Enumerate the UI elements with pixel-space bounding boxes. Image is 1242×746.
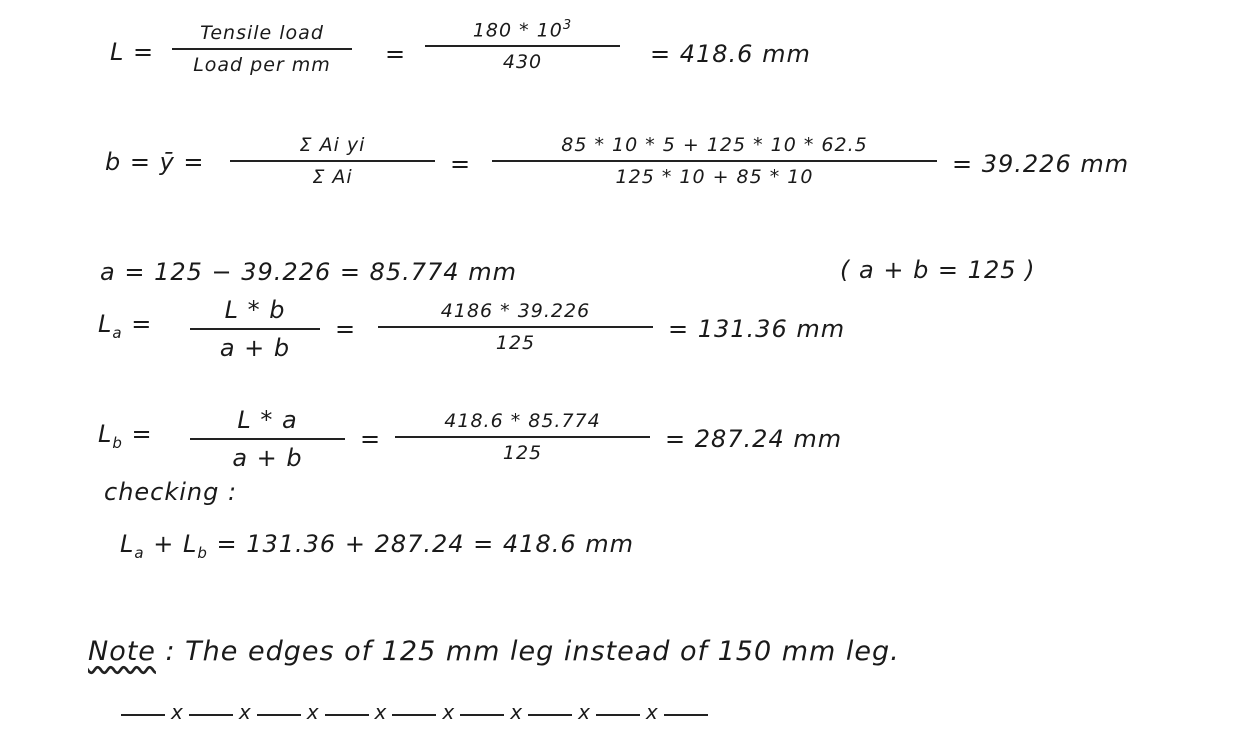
plus-sign: +: [145, 530, 183, 558]
eq5-result: = 287.24 mm: [665, 425, 842, 453]
eq1-numerator: Tensile load: [200, 22, 324, 44]
eq5-fraction: L * a a + b: [190, 406, 345, 472]
eq1-fraction: Tensile load Load per mm: [172, 22, 352, 76]
eq4-lhs: La =: [98, 310, 152, 338]
fraction-bar: [190, 438, 345, 440]
eq2-numerator-2: 85 * 10 * 5 + 125 * 10 * 62.5: [561, 134, 868, 156]
eq4-numerator: L * b: [225, 296, 286, 324]
divider-dash: [664, 714, 708, 716]
eq4-fraction: L * b a + b: [190, 296, 320, 362]
eq4-lhs-main: L: [98, 310, 112, 338]
checking-line: La + Lb = 131.36 + 287.24 = 418.6 mm: [120, 530, 634, 558]
eq5-lhs-equals: =: [132, 420, 153, 448]
eq2-denominator-2: 125 * 10 + 85 * 10: [616, 166, 814, 188]
eq5-lhs: Lb =: [98, 420, 153, 448]
fraction-bar: [378, 326, 653, 328]
la-main: L: [120, 530, 134, 558]
eq1-denominator: Load per mm: [193, 54, 331, 76]
eq4-result: = 131.36 mm: [668, 315, 845, 343]
eq5-lhs-main: L: [98, 420, 112, 448]
divider-dash: [528, 714, 572, 716]
eq5-denominator-2: 125: [503, 442, 542, 464]
eq2-numerator: Σ Ai yi: [300, 134, 366, 156]
eq4-denominator-2: 125: [496, 332, 535, 354]
divider-dash: [325, 714, 369, 716]
fraction-bar: [172, 48, 352, 50]
note-label: Note: [88, 636, 156, 667]
divider-x-mark: x: [307, 700, 319, 724]
eq1-equals: =: [385, 40, 406, 68]
eq4-equals: =: [335, 315, 356, 343]
divider-dash: [596, 714, 640, 716]
eq5-equals: =: [360, 425, 381, 453]
divider-dash: [189, 714, 233, 716]
eq5-fraction-2: 418.6 * 85.774 125: [395, 410, 650, 464]
eq2-result: = 39.226 mm: [952, 150, 1129, 178]
fraction-bar: [425, 45, 620, 47]
eq3-side-note: ( a + b = 125 ): [840, 256, 1035, 284]
divider: xxxxxxxx: [115, 700, 714, 724]
note-text: : The edges of 125 mm leg instead of 150…: [156, 636, 900, 667]
checking-rest: = 131.36 + 287.24 = 418.6 mm: [208, 530, 634, 558]
divider-dash: [392, 714, 436, 716]
divider-x-mark: x: [646, 700, 658, 724]
eq4-lhs-equals: =: [131, 310, 152, 338]
divider-dash: [121, 714, 165, 716]
lb-sub: b: [197, 544, 208, 562]
eq2-denominator: Σ Ai: [312, 166, 352, 188]
eq4-denominator: a + b: [220, 334, 290, 362]
eq5-denominator: a + b: [232, 444, 302, 472]
eq4-lhs-sub: a: [112, 324, 122, 342]
eq2-fraction: Σ Ai yi Σ Ai: [230, 134, 435, 188]
eq2-lhs: b = ȳ =: [105, 148, 205, 176]
divider-x-mark: x: [442, 700, 454, 724]
fraction-bar: [230, 160, 435, 162]
eq1-fraction-2: 180 * 103 430: [425, 18, 620, 73]
divider-dash: [257, 714, 301, 716]
la-sub: a: [134, 544, 144, 562]
eq1-num2-base: 180 * 10: [473, 19, 563, 41]
fraction-bar: [395, 436, 650, 438]
divider-x-mark: x: [375, 700, 387, 724]
divider-dash: [460, 714, 504, 716]
eq1-exponent: 3: [563, 18, 572, 33]
eq1-denominator-2: 430: [503, 51, 542, 73]
eq2-fraction-2: 85 * 10 * 5 + 125 * 10 * 62.5 125 * 10 +…: [492, 134, 937, 188]
eq1-lhs: L =: [110, 38, 154, 66]
eq4-fraction-2: 4186 * 39.226 125: [378, 300, 653, 354]
divider-x-mark: x: [510, 700, 522, 724]
lb-main: L: [183, 530, 197, 558]
eq2-equals: =: [450, 150, 471, 178]
eq5-numerator-2: 418.6 * 85.774: [444, 410, 600, 432]
eq4-numerator-2: 4186 * 39.226: [441, 300, 590, 322]
eq5-lhs-sub: b: [112, 434, 123, 452]
eq1-numerator-2: 180 * 103: [473, 18, 572, 41]
divider-x-mark: x: [578, 700, 590, 724]
note-line: Note : The edges of 125 mm leg instead o…: [88, 636, 900, 667]
fraction-bar: [190, 328, 320, 330]
fraction-bar: [492, 160, 937, 162]
eq5-numerator: L * a: [237, 406, 297, 434]
divider-x-mark: x: [171, 700, 183, 724]
eq3-line: a = 125 − 39.226 = 85.774 mm: [100, 258, 517, 286]
eq1-result: = 418.6 mm: [650, 40, 811, 68]
divider-x-mark: x: [239, 700, 251, 724]
checking-label: checking :: [104, 478, 237, 506]
